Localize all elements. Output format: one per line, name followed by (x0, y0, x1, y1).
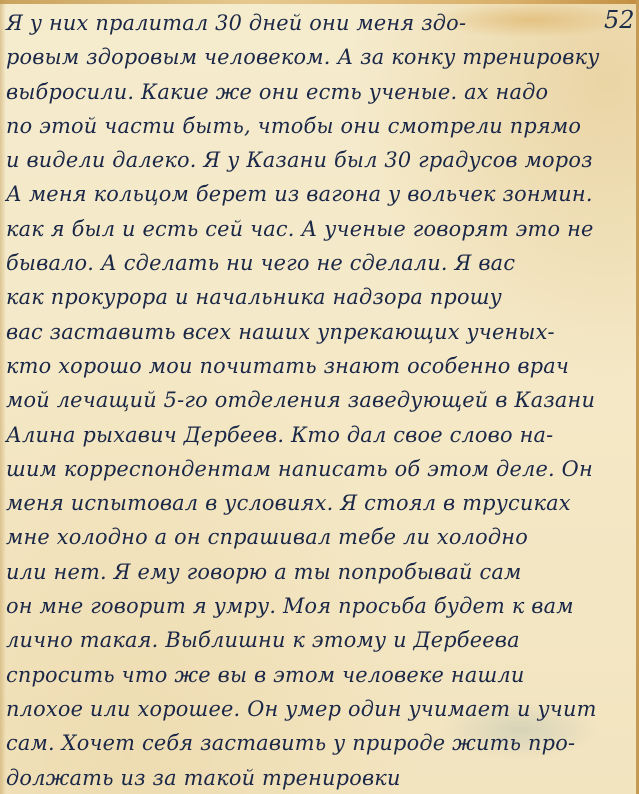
text-line: Я у них пралитал 30 дней они меня здо- (6, 6, 602, 40)
text-line: вас заставить всех наших упрекающих учен… (6, 315, 602, 349)
text-line: по этой части быть, чтобы они смотрели п… (6, 109, 602, 143)
text-line: мне холодно а он спрашивал тебе ли холод… (6, 520, 602, 554)
text-line: и видели далеко. Я у Казани был 30 граду… (6, 143, 602, 177)
text-line: бывало. А сделать ни чего не сделали. Я … (6, 246, 602, 280)
handwritten-text-body: Я у них пралитал 30 дней они меня здо- р… (6, 6, 606, 794)
text-line: шим корреспондентам написать об этом дел… (6, 452, 602, 486)
text-line: как я был и есть сей час. А ученые говор… (6, 212, 602, 246)
text-line: кто хорошо мои почитать знают особенно в… (6, 349, 602, 383)
handwritten-page: 52 Я у них пралитал 30 дней они меня здо… (0, 0, 639, 794)
page-number: 52 (604, 6, 635, 34)
text-line: меня испытовал в условиях. Я стоял в тру… (6, 486, 602, 520)
text-line: плохое или хорошее. Он умер один учимает… (6, 692, 602, 726)
text-line: ровым здоровым человеком. А за конку тре… (6, 40, 602, 74)
text-line: сам. Хочет себя заставить у природе жить… (6, 726, 602, 760)
text-line: он мне говорит я умру. Моя просьба будет… (6, 589, 602, 623)
text-line: как прокурора и начальника надзора прошу (6, 280, 602, 314)
text-line: должать из за такой тренировки (6, 761, 602, 794)
text-line: выбросили. Какие же они есть ученые. ах … (6, 75, 602, 109)
text-line: мой лечащий 5-го отделения заведующей в … (6, 383, 602, 417)
text-line: спросить что же вы в этом человеке нашли (6, 658, 602, 692)
text-line: Алина рыхавич Дербеев. Кто дал свое слов… (6, 418, 602, 452)
text-line: лично такая. Выблишни к этому и Дербеева (6, 623, 602, 657)
text-line: А меня кольцом берет из вагона у вольчек… (6, 177, 602, 211)
text-line: или нет. Я ему говорю а ты попробывай са… (6, 555, 602, 589)
